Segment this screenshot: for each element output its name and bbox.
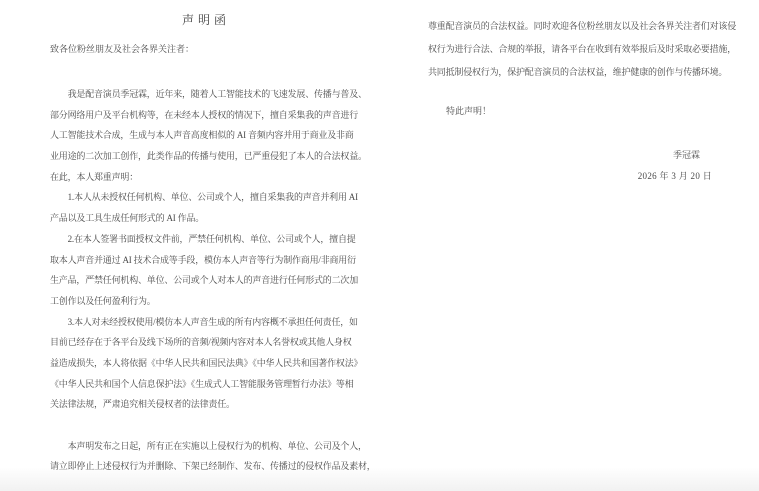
- statement-line: 益造成损失，本人将依据《中华人民共和国民法典》《中华人民共和国著作权法》: [50, 353, 362, 374]
- right-page: 尊重配音演员的合法权益。同时欢迎各位粉丝朋友以及社会各界关注者们对该侵权行为进行…: [428, 0, 740, 491]
- closing-statement: 特此声明！: [446, 104, 491, 117]
- statement-line: 本声明发布之日起，所有正在实施以上侵权行为的机构、单位、公司及个人，: [50, 436, 362, 457]
- statement-line: 工创作以及任何盈利行为。: [50, 291, 362, 312]
- statement-line: 业用途的二次加工创作，此类作品的传播与使用，已严重侵犯了本人的合法权益。: [50, 146, 362, 167]
- statement-line: 关法律法规，严肃追究相关侵权者的法律责任。: [50, 394, 362, 415]
- signature-date: 2026 年 3 月 20 日: [638, 169, 712, 182]
- document-title: 声明函: [50, 11, 362, 28]
- statement-line: 人工智能技术合成，生成与本人声音高度相似的 AI 音频内容并用于商业及非商: [50, 125, 362, 146]
- statement-line: 产品以及工具生成任何形式的 AI 作品。: [50, 208, 362, 229]
- signature-name: 季冠霖: [673, 148, 700, 161]
- statement-line: [50, 415, 362, 436]
- statement-line: 生产品，严禁任何机构、单位、公司或个人对本人的声音进行任何形式的二次加: [50, 270, 362, 291]
- statement-line: 共同抵制侵权行为，保护配音演员的合法权益，维护健康的创作与传播环境。: [428, 61, 740, 84]
- statement-line: 目前已经存在于各平台及线下场所的音频/视频内容对本人名誉权或其他人身权: [50, 332, 362, 353]
- statement-line: 《中华人民共和国个人信息保护法》《生成式人工智能服务管理暂行办法》等相: [50, 374, 362, 395]
- statement-line: 3.本人对未经授权使用/模仿本人声音生成的所有内容概不承担任何责任，如: [50, 312, 362, 333]
- statement-line: 尊重配音演员的合法权益。同时欢迎各位粉丝朋友以及社会各界关注者们对该侵: [428, 15, 740, 38]
- right-column-text: 尊重配音演员的合法权益。同时欢迎各位粉丝朋友以及社会各界关注者们对该侵权行为进行…: [428, 15, 740, 83]
- salutation-line: 致各位粉丝朋友及社会各界关注者：: [50, 42, 194, 55]
- left-page: 声明函 致各位粉丝朋友及社会各界关注者： 我是配音演员季冠霖，近年来，随着人工智…: [50, 0, 362, 491]
- statement-line: 2.在本人签署书面授权文件前，严禁任何机构、单位、公司或个人，擅自提: [50, 229, 362, 250]
- statement-line: 我是配音演员季冠霖，近年来，随着人工智能技术的飞速发展、传播与普及、: [50, 84, 362, 105]
- statement-line: 请立即停止上述侵权行为并删除、下架已经制作、发布、传播过的侵权作品及素材，: [50, 456, 362, 477]
- statement-line: 取本人声音并通过 AI 技术合成等手段，模仿本人声音等行为制作商用/非商用衍: [50, 250, 362, 271]
- statement-line: 部分网络用户及平台机构等，在未经本人授权的情况下，擅自采集我的声音进行: [50, 105, 362, 126]
- statement-line: 1.本人从未授权任何机构、单位、公司或个人，擅自采集我的声音并利用 AI: [50, 187, 362, 208]
- statement-line: 在此，本人郑重声明：: [50, 167, 362, 188]
- left-column-text: 我是配音演员季冠霖，近年来，随着人工智能技术的飞速发展、传播与普及、部分网络用户…: [50, 84, 362, 477]
- statement-document: 声明函 致各位粉丝朋友及社会各界关注者： 我是配音演员季冠霖，近年来，随着人工智…: [0, 0, 759, 491]
- statement-line: 权行为进行合法、合规的举报，请各平台在收到有效举报后及时采取必要措施，: [428, 38, 740, 61]
